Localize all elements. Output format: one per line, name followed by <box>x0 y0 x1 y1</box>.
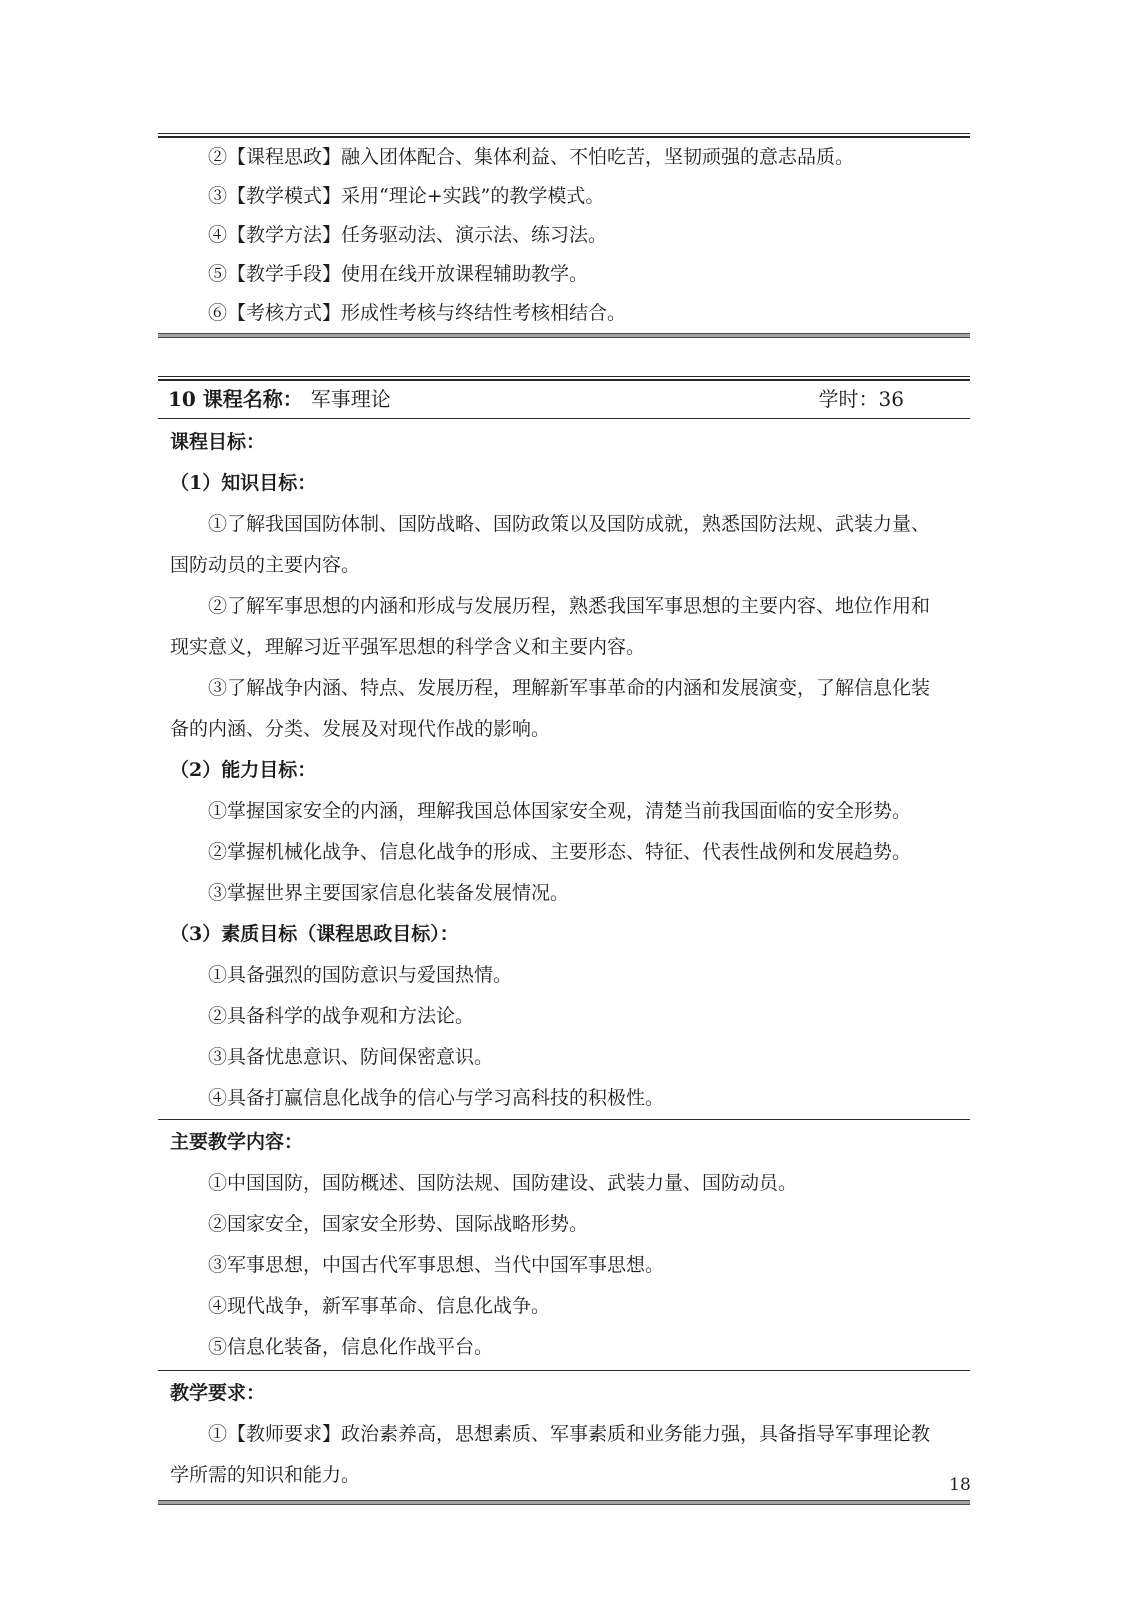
requirement-item: ②【课程思政】融入团体配合、集体利益、不怕吃苦，坚韧顽强的意志品质。 <box>170 138 958 177</box>
course-number-label: 10 课程名称： <box>168 387 303 411</box>
teaching-content-heading: 主要教学内容： <box>170 1122 958 1163</box>
document-page: ②【课程思政】融入团体配合、集体利益、不怕吃苦，坚韧顽强的意志品质。 ③【教学模… <box>0 0 1131 1600</box>
requirement-item: ⑤【教学手段】使用在线开放课程辅助教学。 <box>170 255 958 294</box>
teaching-requirements-cell: 教学要求： ①【教师要求】政治素养高，思想素质、军事素质和业务能力强，具备指导军… <box>158 1371 970 1500</box>
requirement-item: ④【教学方法】任务驱动法、演示法、练习法。 <box>170 216 958 255</box>
quality-goal-item: ③具备忧患意识、防间保密意识。 <box>170 1037 958 1078</box>
teaching-requirements-heading: 教学要求： <box>170 1373 958 1414</box>
course-header-row: 10 课程名称：军事理论 学时：36 <box>158 381 970 418</box>
quality-goals-heading: （3）素质目标（课程思政目标）： <box>170 914 958 955</box>
requirement-item: ⑥【考核方式】形成性考核与终结性考核相结合。 <box>170 294 958 333</box>
teaching-content-item: ③军事思想，中国古代军事思想、当代中国军事思想。 <box>170 1245 958 1286</box>
teaching-content-cell: 主要教学内容： ①中国国防，国防概述、国防法规、国防建设、武装力量、国防动员。 … <box>158 1120 970 1370</box>
knowledge-goal-item: ②了解军事思想的内涵和形成与发展历程，熟悉我国军事思想的主要内容、地位作用和 现… <box>170 586 958 668</box>
course-title: 10 课程名称：军事理论 <box>168 381 391 418</box>
quality-goal-item: ④具备打赢信息化战争的信心与学习高科技的积极性。 <box>170 1078 958 1119</box>
knowledge-goal-item: ③了解战争内涵、特点、发展历程，理解新军事革命的内涵和发展演变，了解信息化装 备… <box>170 668 958 750</box>
teaching-content-item: ①中国国防，国防概述、国防法规、国防建设、武装力量、国防动员。 <box>170 1163 958 1204</box>
ability-goals-heading: （2）能力目标： <box>170 750 958 791</box>
course10-table: 10 课程名称：军事理论 学时：36 课程目标： （1）知识目标： ①了解我国国… <box>158 376 970 1505</box>
course-hours: 学时：36 <box>819 381 904 418</box>
knowledge-goals-heading: （1）知识目标： <box>170 463 958 504</box>
quality-goal-item: ②具备科学的战争观和方法论。 <box>170 996 958 1037</box>
course-goals-cell: 课程目标： （1）知识目标： ①了解我国国防体制、国防战略、国防政策以及国防成就… <box>158 419 970 1119</box>
teaching-content-item: ④现代战争，新军事革命、信息化战争。 <box>170 1286 958 1327</box>
goals-heading: 课程目标： <box>170 422 958 463</box>
page-content: ②【课程思政】融入团体配合、集体利益、不怕吃苦，坚韧顽强的意志品质。 ③【教学模… <box>158 133 970 1505</box>
ability-goal-item: ①掌握国家安全的内涵，理解我国总体国家安全观，清楚当前我国面临的安全形势。 <box>170 791 958 832</box>
course-name: 军事理论 <box>311 387 391 411</box>
teaching-content-item: ⑤信息化装备，信息化作战平台。 <box>170 1327 958 1368</box>
knowledge-goal-item: ①了解我国国防体制、国防战略、国防政策以及国防成就，熟悉国防法规、武装力量、 国… <box>170 504 958 586</box>
page-number: 18 <box>940 1475 980 1495</box>
table-bottom-border <box>158 1500 970 1505</box>
quality-goal-item: ①具备强烈的国防意识与爱国热情。 <box>170 955 958 996</box>
ability-goal-item: ③掌握世界主要国家信息化装备发展情况。 <box>170 873 958 914</box>
teaching-content-item: ②国家安全，国家安全形势、国际战略形势。 <box>170 1204 958 1245</box>
previous-course-table-continued: ②【课程思政】融入团体配合、集体利益、不怕吃苦，坚韧顽强的意志品质。 ③【教学模… <box>158 133 970 338</box>
table-gap <box>158 338 970 376</box>
teaching-requirement-item: ①【教师要求】政治素养高，思想素质、军事素质和业务能力强，具备指导军事理论教 学… <box>170 1414 958 1496</box>
previous-course-requirements-cell: ②【课程思政】融入团体配合、集体利益、不怕吃苦，坚韧顽强的意志品质。 ③【教学模… <box>158 138 970 333</box>
ability-goal-item: ②掌握机械化战争、信息化战争的形成、主要形态、特征、代表性战例和发展趋势。 <box>170 832 958 873</box>
requirement-item: ③【教学模式】采用“理论+实践”的教学模式。 <box>170 177 958 216</box>
